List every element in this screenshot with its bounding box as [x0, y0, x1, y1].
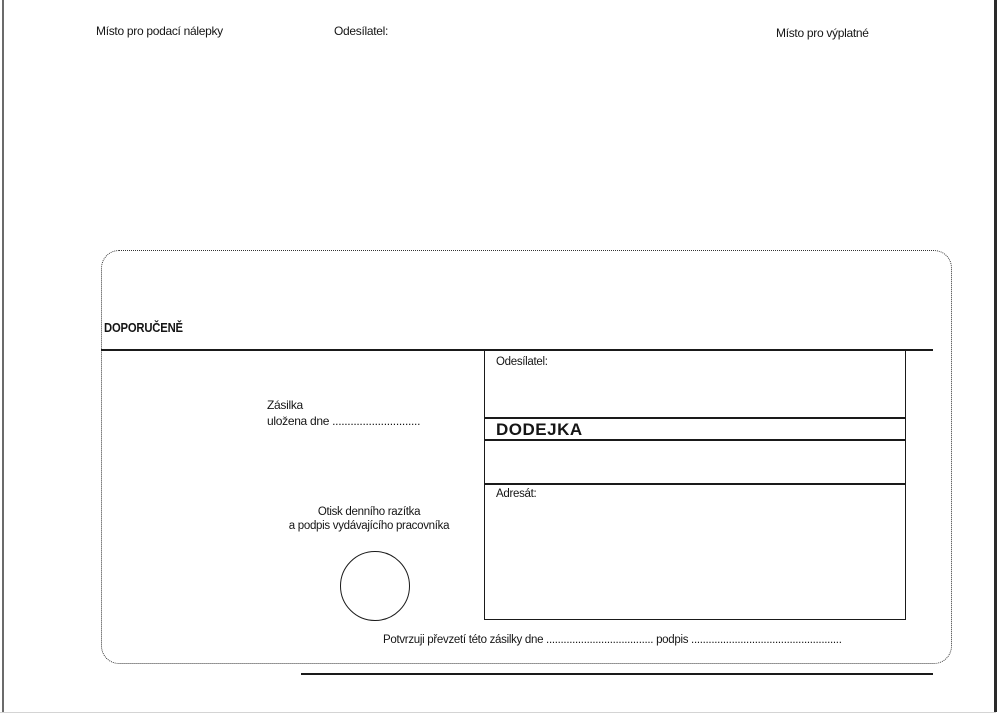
receipt-addressee-label: Adresát:: [496, 488, 536, 500]
deposited-line-1: Zásilka: [267, 397, 420, 413]
stamp-circle[interactable]: [340, 551, 410, 621]
receipt-line-1: [485, 417, 905, 419]
receipt-sender-field[interactable]: [485, 370, 905, 417]
receipt-blank-field[interactable]: [485, 441, 905, 483]
sender-top-label: Odesílatel:: [334, 24, 388, 38]
receipt-addressee-field[interactable]: [485, 504, 905, 614]
stamp-line-2: a podpis vydávajícího pracovníka: [269, 519, 469, 533]
deposited-line-2[interactable]: uložena dne ............................…: [267, 413, 420, 429]
page-bottom-edge: [0, 712, 996, 713]
receipt-sender-label: Odesílatel:: [496, 356, 548, 368]
receipt-box: Odesílatel: DODEJKA Adresát:: [484, 350, 906, 620]
postage-place-label: Místo pro výplatné: [776, 26, 869, 40]
receipt-title: DODEJKA: [496, 420, 583, 440]
stamp-line-1: Otisk denního razítka: [269, 505, 469, 519]
page-left-edge: [2, 0, 4, 712]
page-right-edge: [994, 0, 997, 712]
receipt-line-3: [485, 483, 905, 485]
receipt-confirmation[interactable]: Potvrzuji převzetí této zásilky dne ....…: [383, 634, 842, 646]
sticker-place-label: Místo pro podací nálepky: [96, 24, 223, 38]
deposited-note: Zásilka uložena dne ....................…: [267, 397, 420, 429]
bottom-rule: [301, 673, 933, 675]
stamp-instructions: Otisk denního razítka a podpis vydávajíc…: [269, 505, 469, 533]
registered-label: DOPORUČENĚ: [104, 321, 183, 335]
